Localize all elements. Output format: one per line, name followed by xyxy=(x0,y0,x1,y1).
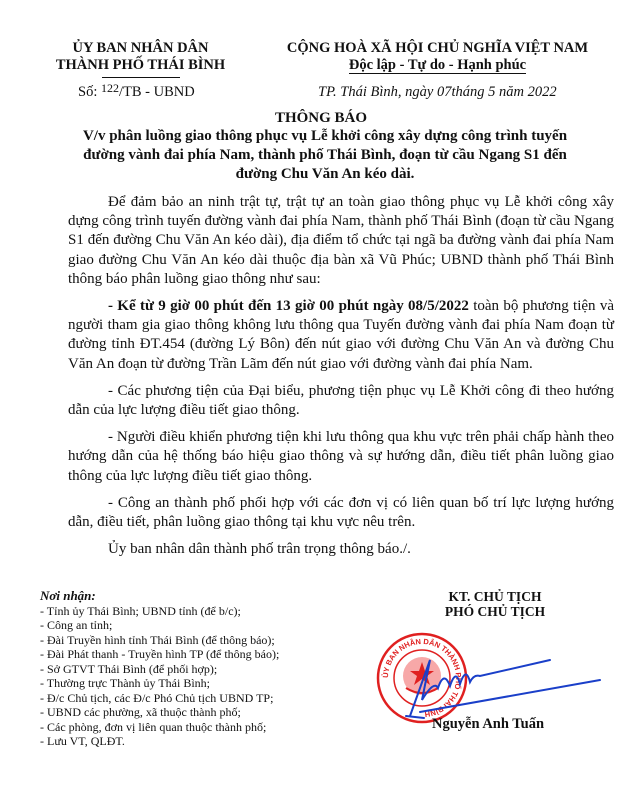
recipient-item: - Lưu VT, QLĐT. xyxy=(40,734,350,749)
paragraph-item-1: - Kể từ 9 giờ 00 phút đến 13 giờ 00 phút… xyxy=(68,297,614,374)
issuing-authority: ỦY BAN NHÂN DÂN THÀNH PHỐ THÁI BÌNH xyxy=(48,40,233,78)
org-line-2: THÀNH PHỐ THÁI BÌNH xyxy=(48,57,233,74)
closing-paragraph: Ủy ban nhân dân thành phố trân trọng thô… xyxy=(68,540,614,559)
nation-name: CỘNG HOÀ XÃ HỘI CHỦ NGHĨA VIỆT NAM xyxy=(265,40,610,57)
paragraph-item-3: - Người điều khiển phương tiện khi lưu t… xyxy=(68,428,614,486)
paragraph-item-4: - Công an thành phố phối hợp với các đơn… xyxy=(68,494,614,532)
org-line-1: ỦY BAN NHÂN DÂN xyxy=(48,40,233,57)
intro-paragraph: Để đảm bảo an ninh trật tự, trật tự an t… xyxy=(68,193,614,289)
document-number-value: 122 xyxy=(101,81,119,95)
signer-name: Nguyễn Anh Tuấn xyxy=(408,716,568,733)
recipient-item: - Sở GTVT Thái Bình (để phối hợp); xyxy=(40,662,350,677)
recipient-item: - Các phòng, đơn vị liên quan thuộc thàn… xyxy=(40,720,350,735)
recipients-block: Nơi nhận: - Tỉnh ủy Thái Bình; UBND tỉnh… xyxy=(40,589,350,749)
document-body: Để đảm bảo an ninh trật tự, trật tự an t… xyxy=(68,193,614,567)
document-title: THÔNG BÁO xyxy=(0,110,642,127)
signature-title: KT. CHỦ TỊCH PHÓ CHỦ TỊCH xyxy=(400,589,590,619)
document-subject: V/v phân luồng giao thông phục vụ Lễ khở… xyxy=(80,127,570,184)
issue-date: TP. Thái Bình, ngày 07tháng 5 năm 2022 xyxy=(318,84,557,101)
recipient-item: - Công an tỉnh; xyxy=(40,618,350,633)
header-divider xyxy=(102,77,180,78)
national-motto: Độc lập - Tự do - Hạnh phúc xyxy=(349,57,526,74)
recipient-item: - Đài Phát thanh - Truyền hình TP (để th… xyxy=(40,647,350,662)
national-heading: CỘNG HOÀ XÃ HỘI CHỦ NGHĨA VIỆT NAM Độc l… xyxy=(265,40,610,74)
recipient-item: - UBND các phường, xã thuộc thành phố; xyxy=(40,705,350,720)
recipient-item: - Tỉnh ủy Thái Bình; UBND tỉnh (để b/c); xyxy=(40,604,350,619)
paragraph-item-2: - Các phương tiện của Đại biểu, phương t… xyxy=(68,382,614,420)
recipient-item: - Đài Truyền hình tỉnh Thái Bình (để thô… xyxy=(40,633,350,648)
recipient-item: - Thường trực Thành ủy Thái Bình; xyxy=(40,676,350,691)
document-number: Số: 122/TB - UBND xyxy=(78,84,195,101)
recipient-item: - Đ/c Chủ tịch, các Đ/c Phó Chủ tịch UBN… xyxy=(40,691,350,706)
recipients-label: Nơi nhận: xyxy=(40,589,350,604)
handwritten-signature-icon xyxy=(400,640,630,720)
